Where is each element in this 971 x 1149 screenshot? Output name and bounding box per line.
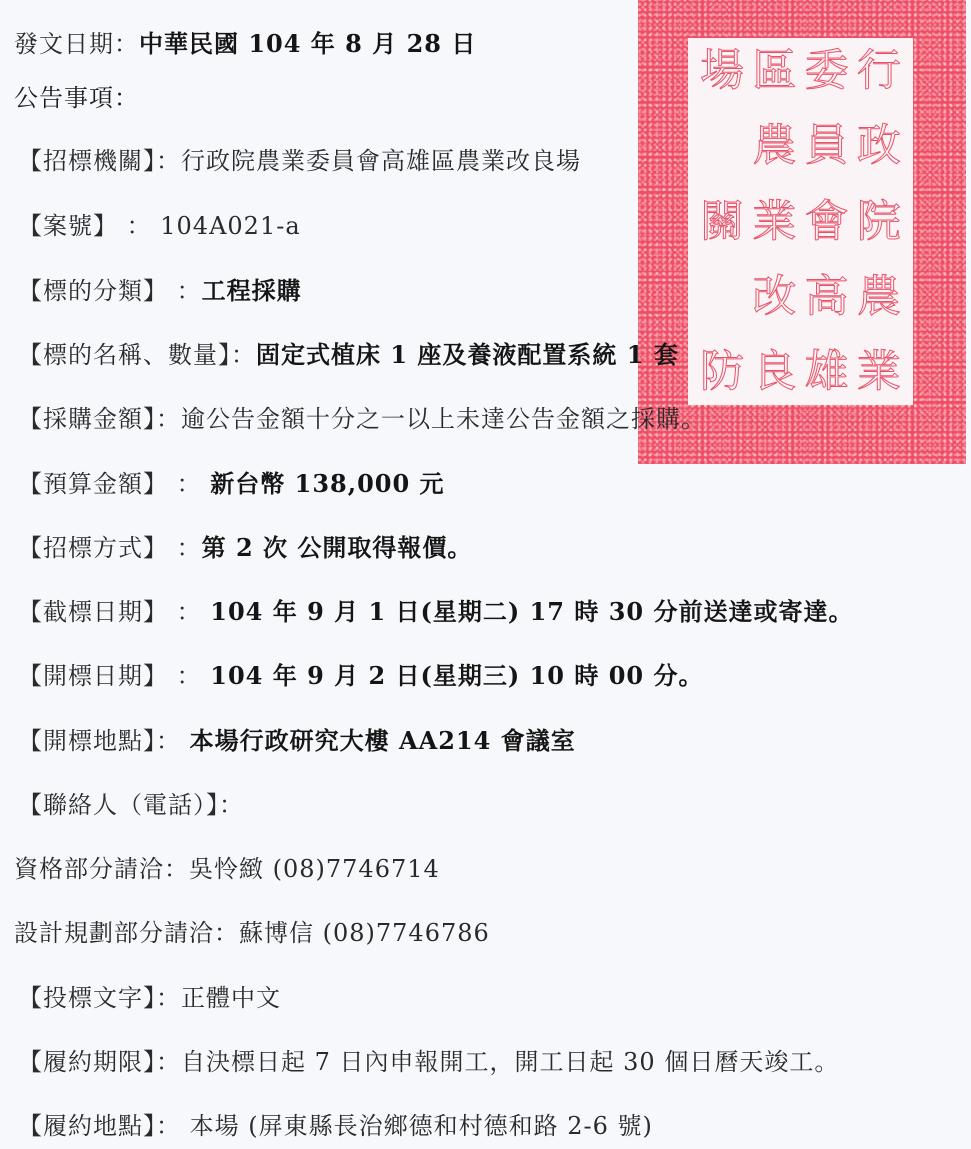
contact-value: 蘇博信 (08)7746786 [239,919,490,947]
seal-character: 業 [752,195,796,249]
issue-date-label: 發文日期： [14,30,139,58]
field-value: 本場行政研究大樓 AA214 會議室 [190,726,576,755]
seal-character: 會 [805,195,849,249]
seal-character: 農 [752,119,796,173]
field-submission-deadline: 【截標日期】 ： 104 年 9 月 1 日(星期二) 17 時 30 分前送達… [18,594,853,630]
field-label: 【案號】 [18,212,118,240]
seal-character: 關 [700,195,744,249]
field-value: 新台幣 138,000 元 [210,469,444,498]
seal-character: 改 [752,270,796,324]
field-label: 【採購金額】 [18,405,156,433]
field-separator: ： [156,405,181,433]
field-procurement-amount: 【採購金額】：逾公告金額十分之一以上未達公告金額之採購。 [18,401,706,437]
field-separator: ： [156,147,181,175]
field-tender-method: 【招標方式】 ：第 2 次 公開取得報價。 [18,530,472,566]
field-value: 104A021-a [160,212,300,240]
contact-label: 設計規劃部分請洽： [14,919,239,947]
seal-character: 委 [805,44,849,98]
issue-date-row: 發文日期：中華民國 104 年 8 月 28 日 [14,26,476,62]
seal-character: 員 [805,119,849,173]
seal-character: 防 [700,345,744,399]
field-opening-date: 【開標日期】 ： 104 年 9 月 2 日(星期三) 10 時 00 分。 [18,658,703,694]
tender-announcement-document: 行 政 院 農 業 委 員 會 高 雄 區 農 業 改 良 場 [0,0,971,1149]
field-label: 【聯絡人（電話）】 [18,791,219,819]
announcement-heading: 公告事項： [14,80,139,116]
field-label: 【履約期限】 [18,1048,156,1076]
field-tendering-agency: 【招標機關】：行政院農業委員會高雄區農業改良場 [18,143,581,179]
seal-character: 農 [857,270,901,324]
field-separator: ： [118,212,160,240]
field-procurement-category: 【標的分類】 ：工程採購 [18,273,302,309]
field-value: 行政院農業委員會高雄區農業改良場 [181,147,581,175]
contact-value: 吳怜緻 (08)7746714 [189,855,440,883]
seal-inner-panel: 行 政 院 農 業 委 員 會 高 雄 區 農 業 改 良 場 [688,38,913,405]
field-separator: ： [231,341,256,369]
field-label: 【開標日期】 [18,662,168,690]
field-label: 【投標文字】 [18,984,156,1012]
field-value: 104 年 9 月 2 日(星期三) 10 時 00 分。 [210,661,703,690]
seal-character: 院 [857,195,901,249]
field-label: 【預算金額】 [18,470,168,498]
field-value: 正體中文 [181,984,281,1012]
field-performance-location: 【履約地點】： 本場 (屏東縣長治鄉德和村德和路 2-6 號) [18,1108,653,1144]
field-separator: ： [219,791,244,819]
field-label: 【開標地點】 [18,727,156,755]
field-contact-person: 【聯絡人（電話）】： [18,787,244,823]
field-separator: ： [156,1048,181,1076]
field-label: 【履約地點】 [18,1112,156,1140]
seal-character: 雄 [805,345,849,399]
seal-column-2: 委 員 會 高 雄 [801,44,853,399]
seal-character: 業 [857,345,901,399]
seal-character: 場 [700,44,744,98]
seal-column-4: 場 關 防 [696,44,748,399]
field-item-name-quantity: 【標的名稱、數量】：固定式植床 1 座及養液配置系統 1 套 [18,337,679,373]
seal-column-3: 區 農 業 改 良 [748,44,800,399]
field-value: 自決標日起 7 日內申報開工，開工日起 30 個日曆天竣工。 [181,1048,839,1076]
field-label: 【標的分類】 [18,277,168,305]
field-separator: ： [156,727,190,755]
field-value: 工程採購 [202,276,302,305]
field-budget-amount: 【預算金額】 ： 新台幣 138,000 元 [18,466,445,502]
seal-character: 高 [805,270,849,324]
field-separator: ： [168,598,210,626]
field-label: 【招標方式】 [18,534,168,562]
field-separator: ： [168,470,210,498]
field-value: 本場 (屏東縣長治鄉德和村德和路 2-6 號) [190,1112,653,1140]
seal-column-1: 行 政 院 農 業 [853,44,905,399]
field-value: 第 2 次 公開取得報價。 [202,533,473,562]
field-value: 固定式植床 1 座及養液配置系統 1 套 [256,340,679,369]
field-value: 104 年 9 月 1 日(星期二) 17 時 30 分前送達或寄達。 [210,597,853,626]
seal-character: 區 [752,44,796,98]
field-value: 逾公告金額十分之一以上未達公告金額之採購。 [181,405,706,433]
field-bid-language: 【投標文字】：正體中文 [18,980,281,1016]
field-opening-location: 【開標地點】： 本場行政研究大樓 AA214 會議室 [18,723,576,759]
field-label: 【招標機關】 [18,147,156,175]
contact-qualification: 資格部分請洽：吳怜緻 (08)7746714 [14,851,440,887]
seal-character: 良 [752,345,796,399]
official-seal-stamp: 行 政 院 農 業 委 員 會 高 雄 區 農 業 改 良 場 [638,0,966,464]
field-separator: ： [156,984,181,1012]
field-separator: ： [156,1112,190,1140]
contact-label: 資格部分請洽： [14,855,189,883]
seal-character: 政 [857,119,901,173]
field-label: 【標的名稱、數量】 [18,341,231,369]
field-separator: ： [168,662,210,690]
seal-character: 行 [857,44,901,98]
contact-design-planning: 設計規劃部分請洽：蘇博信 (08)7746786 [14,915,490,951]
field-performance-period: 【履約期限】：自決標日起 7 日內申報開工，開工日起 30 個日曆天竣工。 [18,1044,839,1080]
issue-date-value: 中華民國 104 年 8 月 28 日 [139,29,476,58]
field-separator: ： [168,277,202,305]
field-separator: ： [168,534,202,562]
field-label: 【截標日期】 [18,598,168,626]
field-case-number: 【案號】 ： 104A021-a [18,208,301,244]
